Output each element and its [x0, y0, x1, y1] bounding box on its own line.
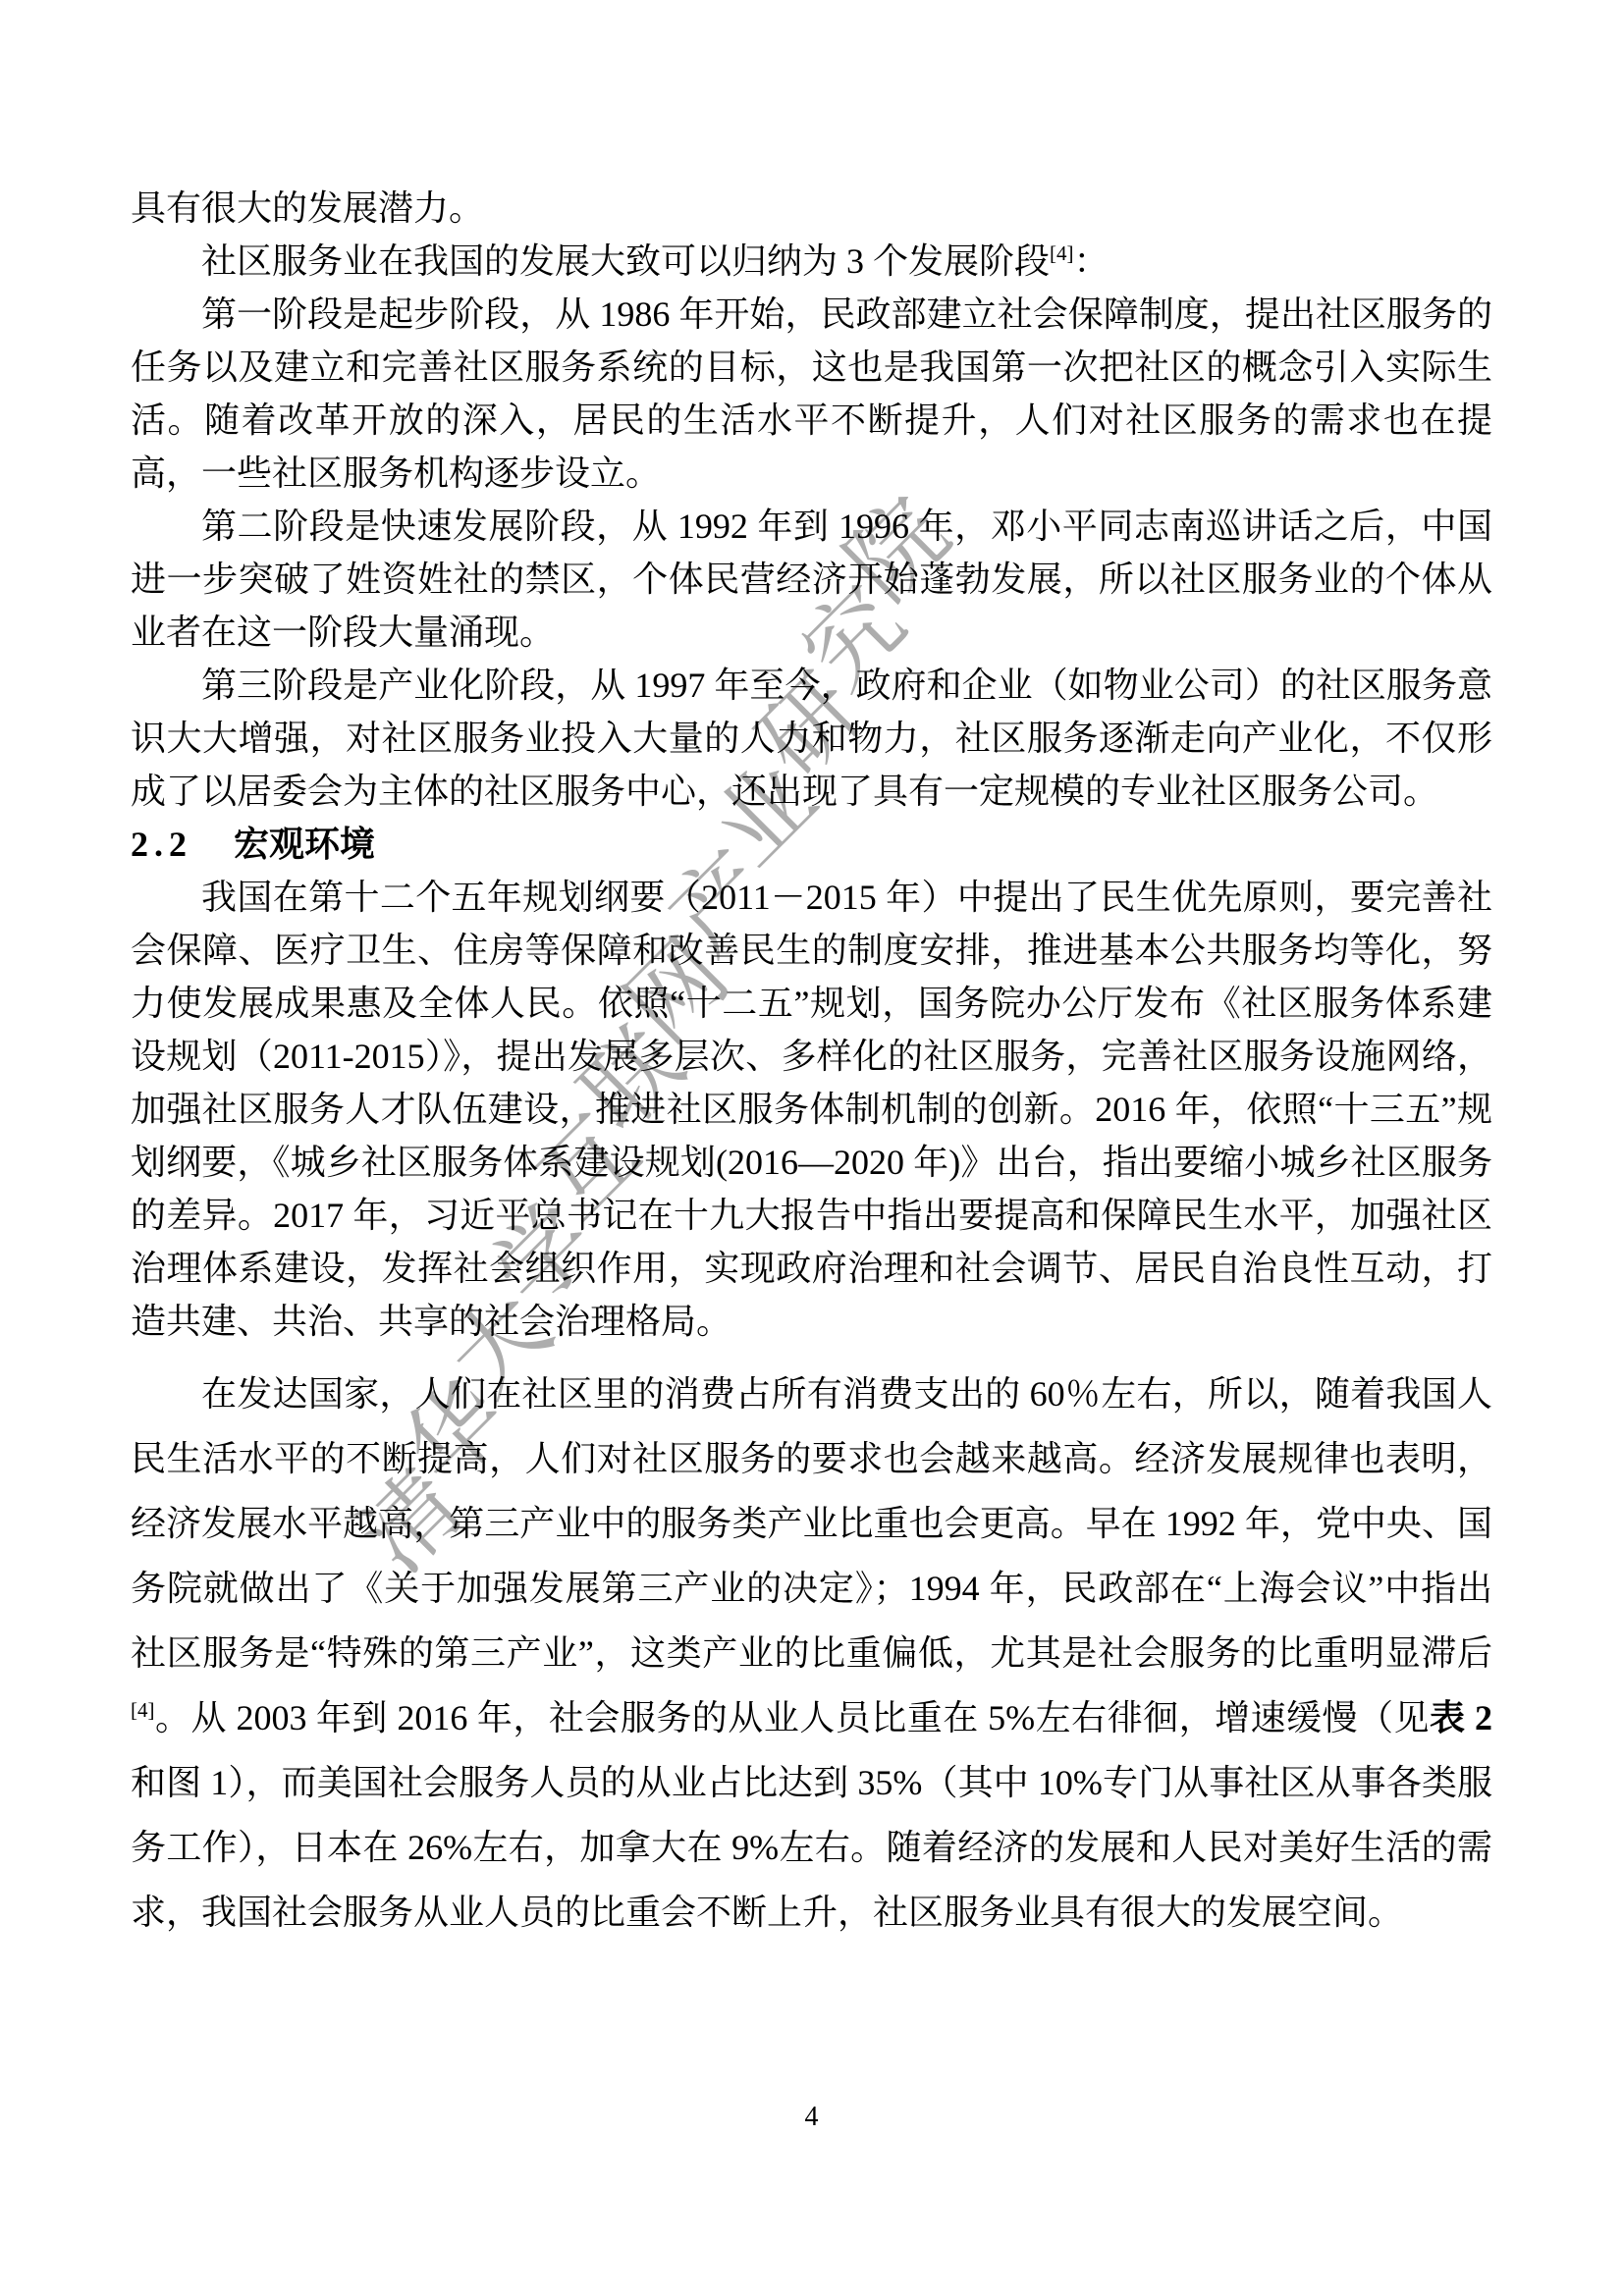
section-heading: 2.2宏观环境	[131, 818, 1492, 871]
table-reference: 表 2	[1430, 1698, 1492, 1737]
paragraph: 具有很大的发展潜力。	[131, 182, 1492, 235]
text-segment: 和图 1），而美国社会服务人员的从业占比达到 35%（其中 10%专门从事社区从…	[131, 1763, 1492, 1932]
paragraph: 第二阶段是快速发展阶段，从 1992 年到 1996 年，邓小平同志南巡讲话之后…	[131, 500, 1492, 659]
text-segment: 社区服务业在我国的发展大致可以归纳为 3 个发展阶段	[201, 241, 1050, 281]
footnote-ref: [4]	[1050, 241, 1074, 265]
section-title: 宏观环境	[234, 825, 375, 864]
text-segment: 在发达国家，人们在社区里的消费占所有消费支出的 60％左右，所以，随着我国人民生…	[131, 1374, 1492, 1673]
footnote-ref: [4]	[131, 1698, 155, 1722]
paragraph: 社区服务业在我国的发展大致可以归纳为 3 个发展阶段[4]：	[131, 235, 1492, 288]
page-number: 4	[0, 2101, 1623, 2134]
text-segment: ：	[1074, 241, 1109, 281]
paragraph: 第三阶段是产业化阶段，从 1997 年至今，政府和企业（如物业公司）的社区服务意…	[131, 659, 1492, 818]
section-number: 2.2	[131, 825, 192, 864]
paragraph: 第一阶段是起步阶段，从 1986 年开始，民政部建立社会保障制度，提出社区服务的…	[131, 288, 1492, 500]
paragraph: 在发达国家，人们在社区里的消费占所有消费支出的 60％左右，所以，随着我国人民生…	[131, 1362, 1492, 1945]
document-page: 清华大学互联网产业研究院 具有很大的发展潜力。 社区服务业在我国的发展大致可以归…	[0, 0, 1623, 2296]
page-content: 具有很大的发展潜力。 社区服务业在我国的发展大致可以归纳为 3 个发展阶段[4]…	[131, 182, 1492, 1945]
paragraph: 我国在第十二个五年规划纲要（2011－2015 年）中提出了民生优先原则，要完善…	[131, 871, 1492, 1348]
text-segment: 。从 2003 年到 2016 年，社会服务的从业人员比重在 5%左右徘徊，增速…	[155, 1698, 1431, 1737]
